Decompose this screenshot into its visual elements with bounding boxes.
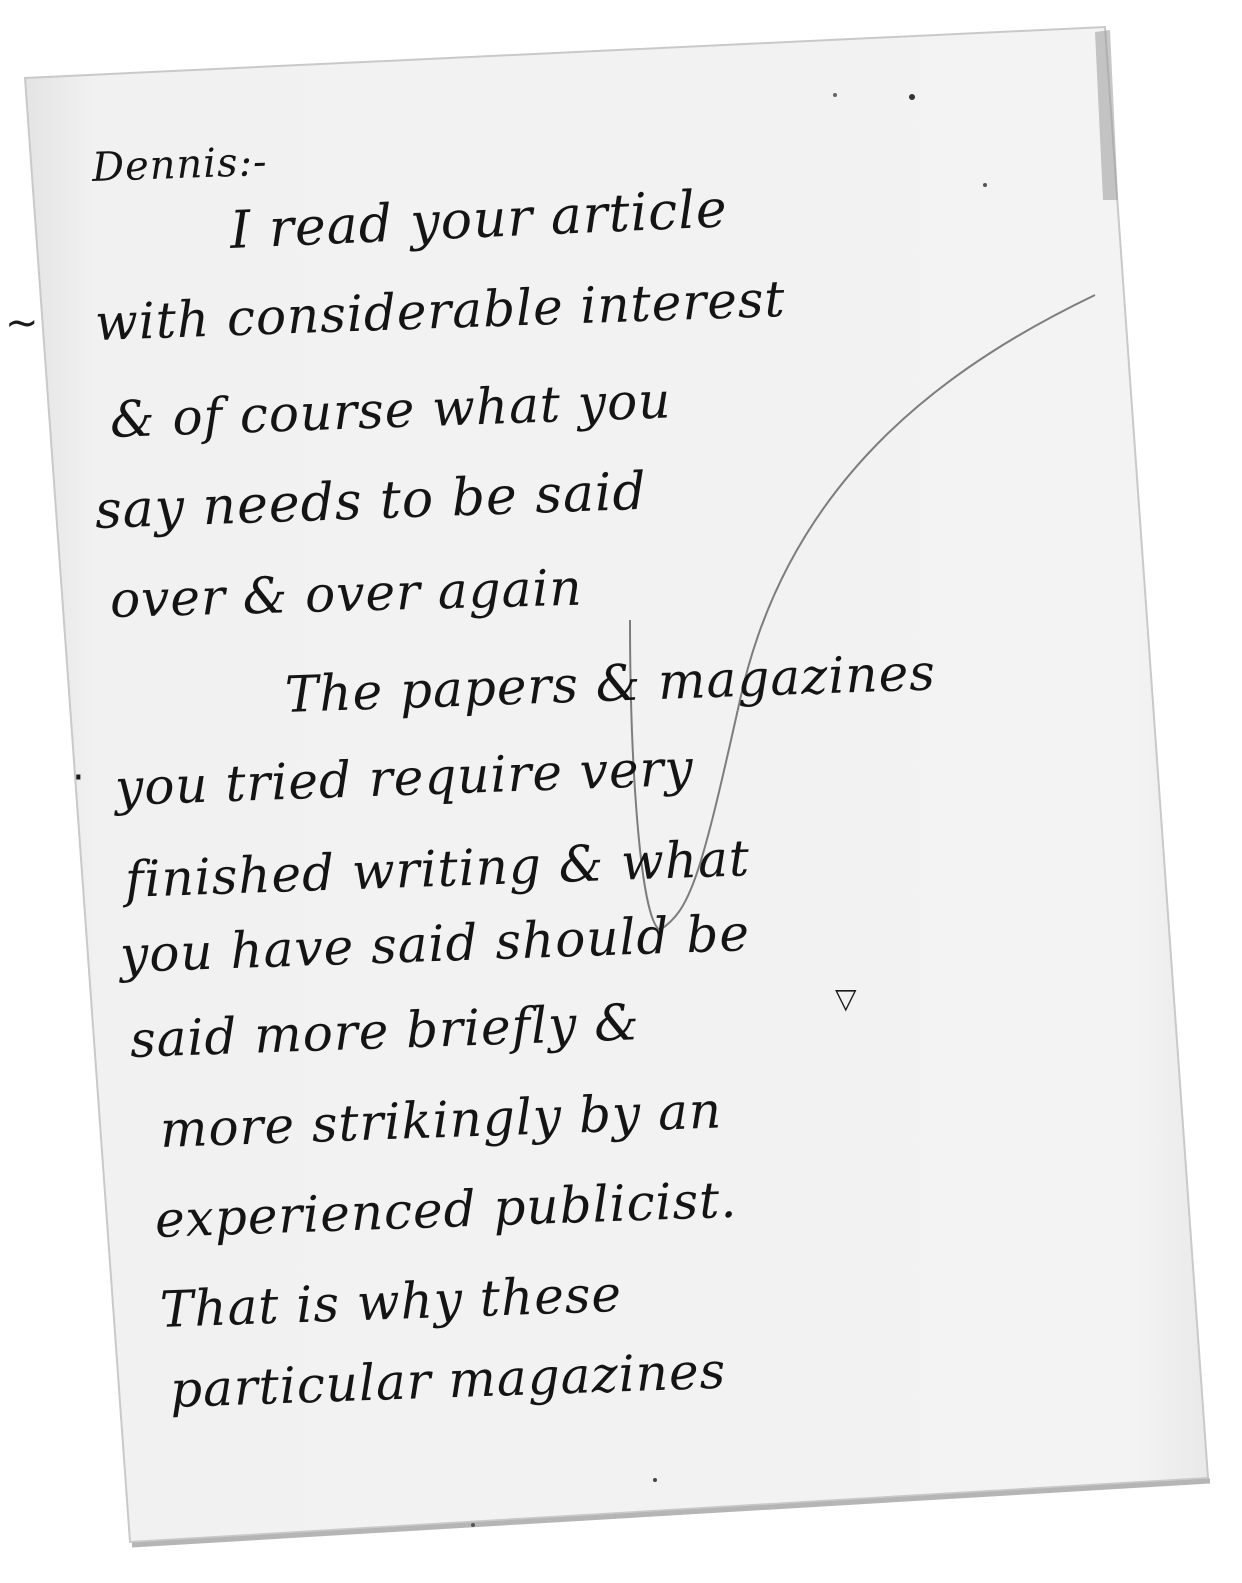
- insertion-caret-mark: ▽: [835, 982, 857, 1015]
- margin-dot-mark: ·: [72, 755, 85, 801]
- letter-line-13: That is why these: [159, 1269, 623, 1335]
- salutation: Dennis:-: [91, 142, 268, 188]
- letter-line-5: over & over again: [109, 563, 583, 625]
- margin-tick-mark: ~: [5, 300, 39, 346]
